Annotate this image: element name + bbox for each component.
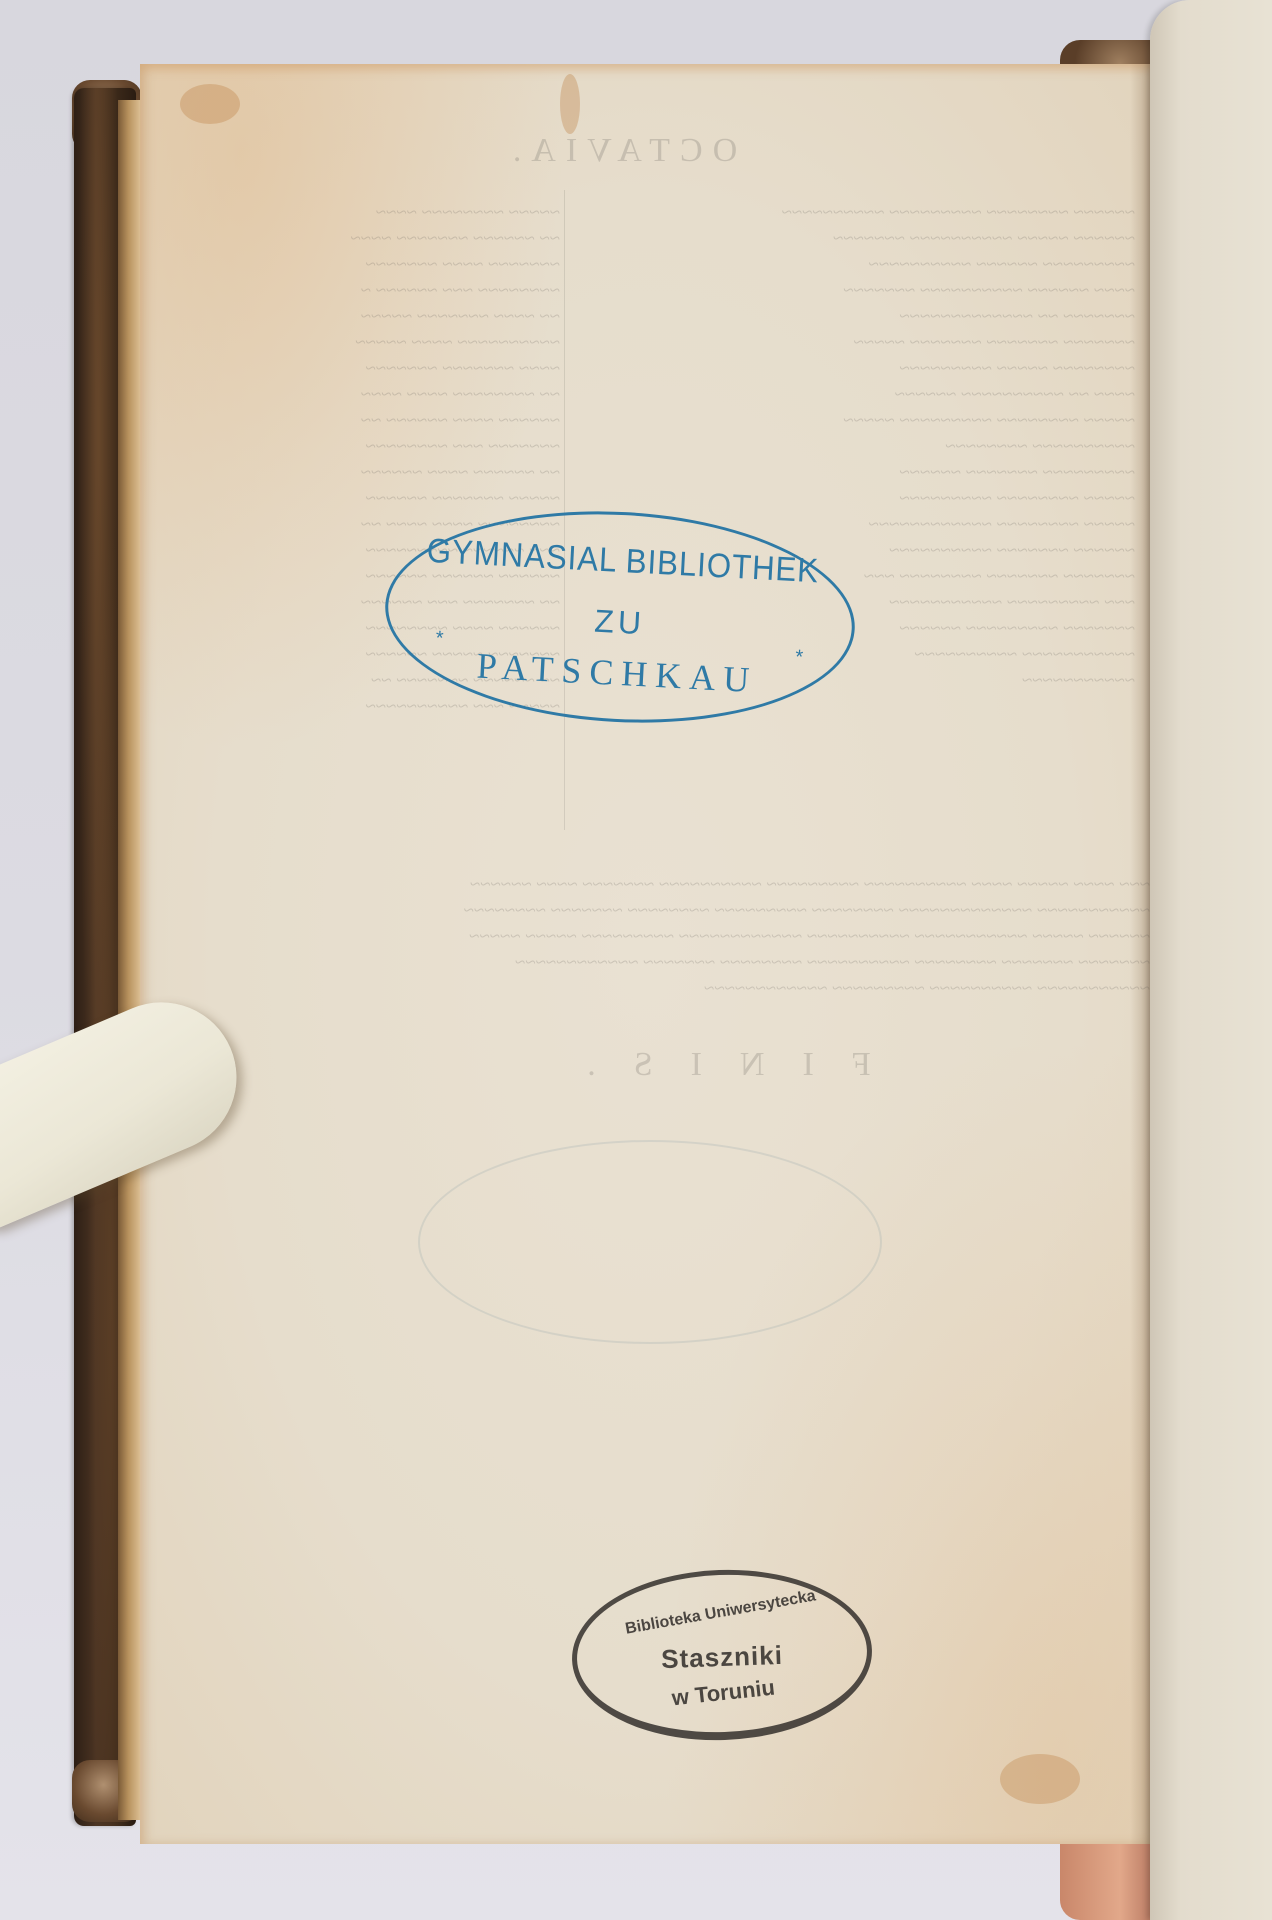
book-photo: OCTAVIA. ~~~~~ ~~~~~~~~ ~~~~ ~~ ~~~~~~ ~… <box>0 0 1272 1920</box>
torun-university-library-stamp: Biblioteka Uniwersytecka Staszniki w Tor… <box>569 1565 875 1745</box>
gymnasial-library-stamp: GYMNASIAL BIBLIOTHEK ZU * * PATSCHKAU <box>380 500 860 734</box>
bleed-through-stamp-outline <box>418 1140 882 1344</box>
facing-page <box>1150 0 1272 1920</box>
